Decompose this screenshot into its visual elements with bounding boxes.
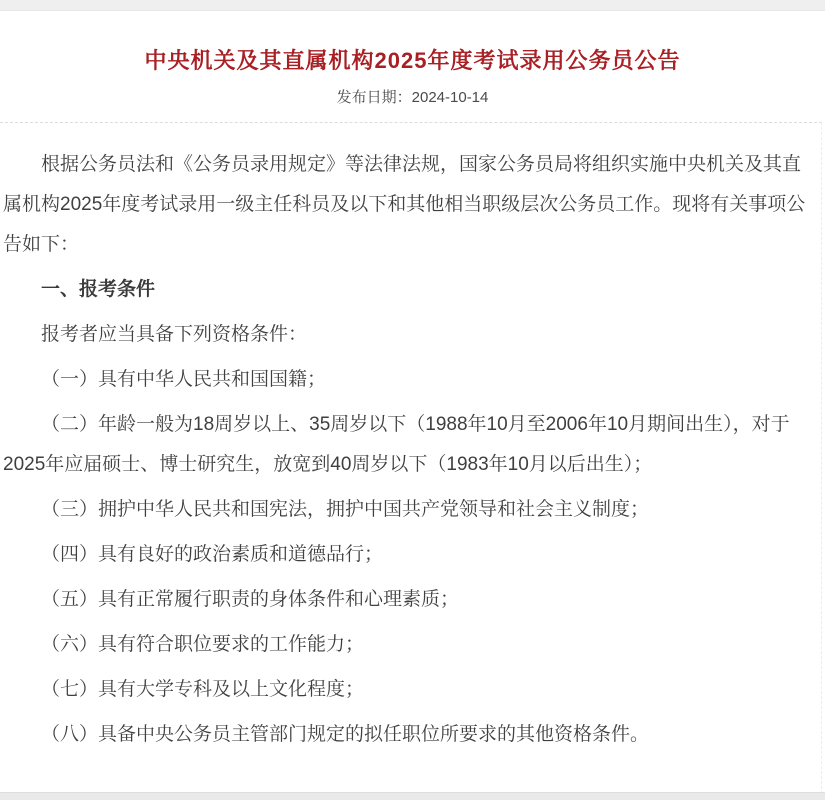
top-window-bar <box>0 0 825 11</box>
page-title: 中央机关及其直属机构2025年度考试录用公务员公告 <box>0 47 825 75</box>
requirement-item-4: （四）具有良好的政治素质和道德品行； <box>3 535 816 575</box>
section-heading-application-requirements: 一、报考条件 <box>3 270 816 310</box>
publish-date-label: 发布日期： <box>337 89 412 106</box>
announcement-body: 根据公务员法和《公务员录用规定》等法律法规，国家公务员局将组织实施中央机关及其直… <box>0 122 822 794</box>
paragraph-intro: 根据公务员法和《公务员录用规定》等法律法规，国家公务员局将组织实施中央机关及其直… <box>3 145 816 265</box>
requirement-item-3: （三）拥护中华人民共和国宪法，拥护中国共产党领导和社会主义制度； <box>3 490 816 530</box>
paragraph-requirements-lead: 报考者应当具备下列资格条件： <box>3 315 816 355</box>
requirement-item-6: （六）具有符合职位要求的工作能力； <box>3 625 816 665</box>
requirement-item-8: （八）具备中央公务员主管部门规定的拟任职位所要求的其他资格条件。 <box>3 715 816 755</box>
document-header: 中央机关及其直属机构2025年度考试录用公务员公告 发布日期：2024-10-1… <box>0 11 825 107</box>
requirement-item-1: （一）具有中华人民共和国国籍； <box>3 360 816 400</box>
bottom-window-bar <box>0 792 825 800</box>
publish-date-value: 2024-10-14 <box>412 89 489 106</box>
requirement-item-5: （五）具有正常履行职责的身体条件和心理素质； <box>3 580 816 620</box>
publish-date: 发布日期：2024-10-14 <box>0 89 825 107</box>
requirement-item-7: （七）具有大学专科及以上文化程度； <box>3 670 816 710</box>
requirement-item-2: （二）年龄一般为18周岁以上、35周岁以下（1988年10月至2006年10月期… <box>3 405 816 485</box>
announcement-page: 中央机关及其直属机构2025年度考试录用公务员公告 发布日期：2024-10-1… <box>0 0 825 800</box>
